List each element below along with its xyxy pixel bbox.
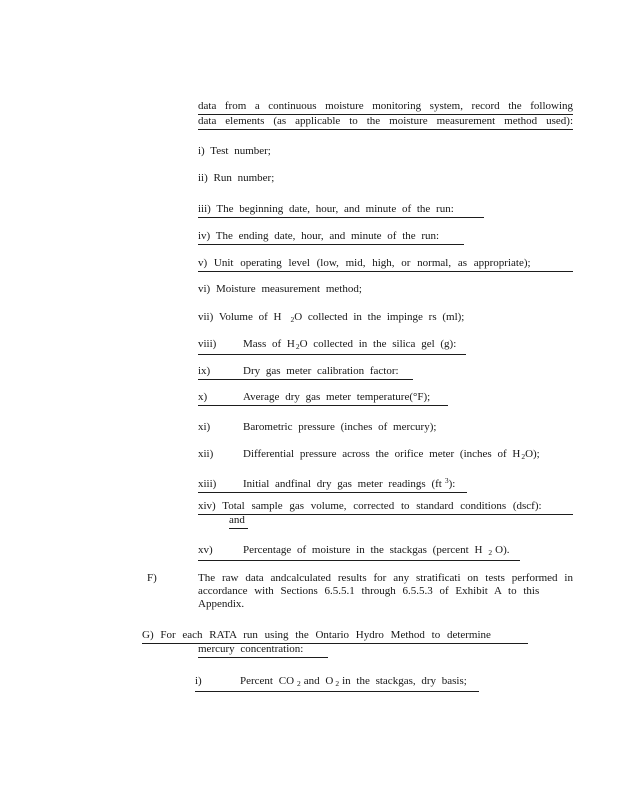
- list-item-i: i) Test number;: [198, 145, 271, 158]
- list-item-iii: iii) The beginning date, hour, and minut…: [198, 203, 484, 218]
- item-xiii-post: ):: [449, 478, 456, 490]
- item-ix-numeral: ix): [198, 365, 243, 378]
- item-v-text: v) Unit operating level (low, mid, high,…: [198, 257, 531, 269]
- item-vii-pre: vii) Volume of H: [198, 311, 281, 323]
- f-line-2-text: accordance with Sections 6.5.5.1 through…: [198, 585, 539, 597]
- item-xi-numeral: xi): [198, 421, 243, 434]
- list-item-xi: xi)Barometric pressure (inches of mercur…: [198, 421, 436, 434]
- section-g-line-1: G) For each RATA run using the Ontario H…: [142, 629, 528, 644]
- item-xii-pre: Differential pressure across the orifice…: [243, 448, 520, 460]
- list-item-xiii: xiii)Initial andfinal dry gas meter read…: [198, 474, 467, 493]
- item-viii-numeral: viii): [198, 338, 243, 351]
- intro-line-2-text: data elements (as applicable to the mois…: [198, 115, 573, 127]
- item-ix-text: Dry gas meter calibration factor:: [243, 365, 399, 377]
- item-xiv-text: xiv) Total sample gas volume, corrected …: [198, 500, 542, 512]
- item-x-text: Average dry gas meter temperature(°F);: [243, 391, 430, 403]
- item-iii-text: iii) The beginning date, hour, and minut…: [198, 203, 484, 218]
- item-x-numeral: x): [198, 391, 243, 404]
- subscript-2: 2: [297, 679, 301, 688]
- list-item-x: x)Average dry gas meter temperature(°F);: [198, 391, 448, 406]
- list-item-viii: viii)Mass of H2O collected in the silica…: [198, 338, 466, 355]
- intro-line-1-text: data from a continuous moisture monitori…: [198, 100, 573, 112]
- list-item-v: v) Unit operating level (low, mid, high,…: [198, 257, 573, 272]
- g-line-2-text: mercury concentration:: [198, 643, 328, 658]
- list-item-xiv: xiv) Total sample gas volume, corrected …: [198, 500, 573, 515]
- item-ii-text: ii) Run number;: [198, 172, 274, 184]
- item-xv-pre: Percentage of moisture in the stackgas (…: [243, 544, 482, 556]
- item-g-i-post: in the stackgas, dry basis;: [342, 675, 467, 687]
- item-xii-numeral: xii): [198, 448, 243, 461]
- list-item-xii: xii)Differential pressure across the ori…: [198, 448, 540, 463]
- item-g-i-numeral: i): [195, 675, 240, 688]
- paragraph-intro-line-1: data from a continuous moisture monitori…: [198, 100, 573, 115]
- paragraph-f-line-2: accordance with Sections 6.5.5.1 through…: [198, 585, 539, 598]
- f-line-1-text: The raw data andcalculated results for a…: [198, 572, 573, 584]
- paragraph-f-line-1: The raw data andcalculated results for a…: [198, 572, 573, 586]
- item-xiv-cont-text: and: [229, 514, 248, 529]
- f-line-3-text: Appendix.: [198, 598, 244, 610]
- list-item-xv: xv)Percentage of moisture in the stackga…: [198, 544, 520, 561]
- paragraph-intro-line-2: data elements (as applicable to the mois…: [198, 115, 573, 130]
- item-iv-text: iv) The ending date, hour, and minute of…: [198, 230, 464, 245]
- item-g-i-mid: and O: [304, 675, 334, 687]
- list-item-vii: vii) Volume of H2O collected in the impi…: [198, 311, 464, 326]
- g-line-1-text: G) For each RATA run using the Ontario H…: [142, 629, 491, 641]
- item-i-text: i) Test number;: [198, 145, 271, 157]
- subscript-2: 2: [335, 679, 339, 688]
- item-xv-numeral: xv): [198, 544, 243, 557]
- list-item-ii: ii) Run number;: [198, 172, 274, 185]
- list-item-iv: iv) The ending date, hour, and minute of…: [198, 230, 464, 245]
- subscript-2: 2: [488, 548, 492, 557]
- item-xii-post: O);: [525, 448, 540, 460]
- item-viii-post: O collected in the silica gel (g):: [300, 338, 457, 350]
- section-g-line-2: mercury concentration:: [198, 643, 328, 658]
- list-item-vi: vi) Moisture measurement method;: [198, 283, 362, 296]
- item-xiii-numeral: xiii): [198, 478, 243, 491]
- item-viii-pre: Mass of H: [243, 338, 295, 350]
- item-xi-text: Barometric pressure (inches of mercury);: [243, 421, 436, 433]
- list-item-ix: ix)Dry gas meter calibration factor:: [198, 365, 413, 380]
- item-g-i-pre: Percent CO: [240, 675, 294, 687]
- item-xv-post: O).: [495, 544, 509, 556]
- paragraph-f-line-3: Appendix.: [198, 598, 244, 611]
- section-f-label-text: F): [147, 572, 157, 584]
- section-label-f: F): [147, 572, 157, 585]
- item-vii-post: O collected in the impinge rs (ml);: [294, 311, 464, 323]
- list-item-g-i: i)Percent CO2and O2in the stackgas, dry …: [195, 675, 479, 692]
- document-page: data from a continuous moisture monitori…: [0, 0, 618, 800]
- item-xiii-pre: Initial andfinal dry gas meter readings …: [243, 478, 442, 490]
- item-vi-text: vi) Moisture measurement method;: [198, 283, 362, 295]
- list-item-xiv-continuation: and: [229, 514, 248, 529]
